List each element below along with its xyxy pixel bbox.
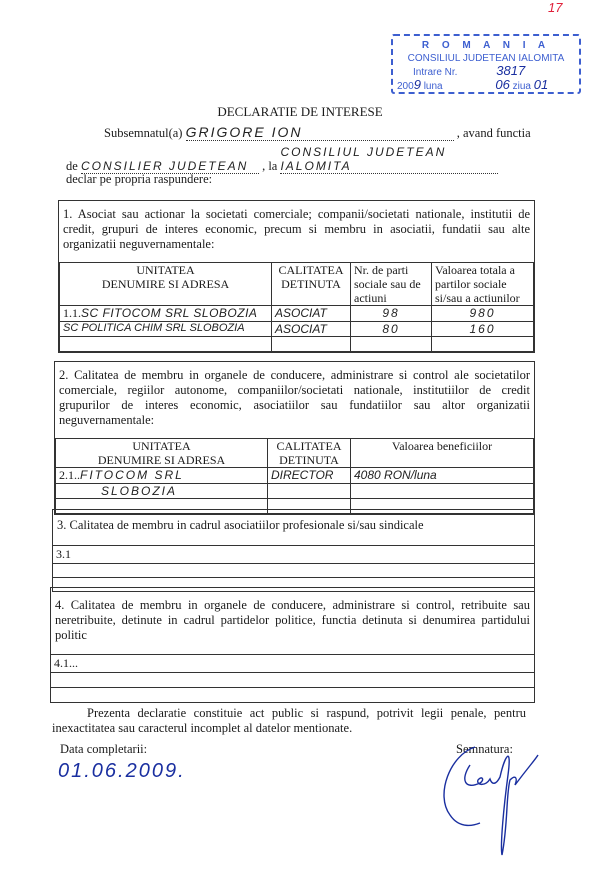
stamp-year-prefix: 200 (397, 81, 414, 92)
stamp-entry-number: 3817 (496, 63, 525, 78)
value-cell (432, 337, 534, 352)
stamp-institution: CONSILIUL JUDETEAN IALOMITA (393, 53, 579, 65)
col-benefit-header: Valoarea beneficiilor (351, 439, 534, 468)
shares-cell (351, 337, 432, 352)
list-item (51, 687, 534, 702)
col-value-header: Valoarea totala a partilor sociale si/sa… (432, 263, 534, 306)
declarant-name: GRIGORE ION (186, 124, 454, 141)
table-row: 1.1.SC FITOCOM SRL SLOBOZIA ASOCIAT 98 9… (60, 306, 534, 322)
table-row (60, 337, 534, 352)
registration-stamp: R O M A N I A CONSILIUL JUDETEAN IALOMIT… (391, 34, 581, 94)
section-1-text: 1. Asociat sau actionar la societati com… (59, 201, 534, 262)
row-prefix: 2.1.. (59, 468, 80, 482)
section-2-table: UNITATEA DENUMIRE SI ADRESA CALITATEA DE… (55, 438, 534, 514)
role-cell: ASOCIAT (272, 322, 351, 337)
col-role-header: CALITATEA DETINUTA (268, 439, 351, 468)
table-row: SLOBOZIA (56, 484, 534, 499)
table-row: SC POLITICA CHIM SRL SLOBOZIA ASOCIAT 80… (60, 322, 534, 337)
institution-value: CONSILIUL JUDETEAN IALOMITA (280, 145, 498, 174)
list-item (51, 672, 534, 687)
shares-cell: 80 (351, 322, 432, 337)
unit-cell: FITOCOM SRL (80, 468, 184, 482)
role-cell (268, 484, 351, 499)
date-value: 01.06.2009. (58, 760, 186, 783)
section-2: 2. Calitatea de membru in organele de co… (54, 361, 535, 515)
subsemnatul-label: Subsemnatul(a) (104, 126, 182, 140)
unit-cell (60, 337, 272, 352)
benefit-cell (351, 484, 534, 499)
unit-cell: SLOBOZIA (56, 484, 268, 499)
date-label: Data completarii: (60, 742, 147, 757)
stamp-day-label: ziua (513, 81, 531, 92)
section-3-text: 3. Calitatea de membru in cadrul asociat… (53, 510, 534, 545)
intro-function-line: de CONSILIER JUDETEAN , la CONSILIUL JUD… (66, 145, 546, 174)
section-1-table: UNITATEA DENUMIRE SI ADRESA CALITATEA DE… (59, 262, 534, 352)
shares-cell: 98 (351, 306, 432, 322)
benefit-cell: 4080 RON/luna (351, 468, 534, 484)
col-shares-header: Nr. de parti sociale sau de actiuni (351, 263, 432, 306)
col-role-header: CALITATEA DETINUTA (272, 263, 351, 306)
role-cell (272, 337, 351, 352)
section-1: 1. Asociat sau actionar la societati com… (58, 200, 535, 353)
section-3: 3. Calitatea de membru in cadrul asociat… (52, 509, 535, 592)
page-number: 17 (548, 0, 562, 15)
stamp-day-value: 01 (534, 77, 548, 92)
value-cell: 980 (432, 306, 534, 322)
section-4: 4. Calitatea de membru in organele de co… (50, 587, 535, 703)
stamp-month-label: luna (424, 81, 443, 92)
avand-label: , avand functia (457, 126, 531, 140)
unit-cell: SC FITOCOM SRL SLOBOZIA (81, 306, 257, 320)
list-item: 3.1 (53, 545, 534, 563)
document-title: DECLARATIE DE INTERESE (0, 104, 600, 120)
col-unit-header: UNITATEA DENUMIRE SI ADRESA (56, 439, 268, 468)
declar-text: declar pe propria raspundere: (66, 172, 212, 187)
stamp-year-digit: 9 (414, 77, 421, 92)
la-label: , la (262, 159, 277, 173)
role-cell: ASOCIAT (272, 306, 351, 322)
section-2-text: 2. Calitatea de membru in organele de co… (55, 362, 534, 438)
row-prefix: 1.1. (63, 306, 81, 320)
table-row: 2.1..FITOCOM SRL DIRECTOR 4080 RON/luna (56, 468, 534, 484)
intro-name-line: Subsemnatul(a) GRIGORE ION , avand funct… (104, 124, 544, 141)
stamp-month-value: 06 (495, 77, 509, 92)
legal-statement: Prezenta declaratie constituie act publi… (52, 706, 526, 736)
col-unit-header: UNITATEA DENUMIRE SI ADRESA (60, 263, 272, 306)
section-4-text: 4. Calitatea de membru in organele de co… (51, 588, 534, 654)
stamp-country: R O M A N I A (393, 40, 579, 52)
signature (430, 735, 540, 860)
de-label: de (66, 159, 78, 173)
list-item: 4.1... (51, 654, 534, 672)
role-cell: DIRECTOR (268, 468, 351, 484)
value-cell: 160 (432, 322, 534, 337)
list-item (53, 563, 534, 577)
unit-cell: SC POLITICA CHIM SRL SLOBOZIA (60, 322, 272, 337)
